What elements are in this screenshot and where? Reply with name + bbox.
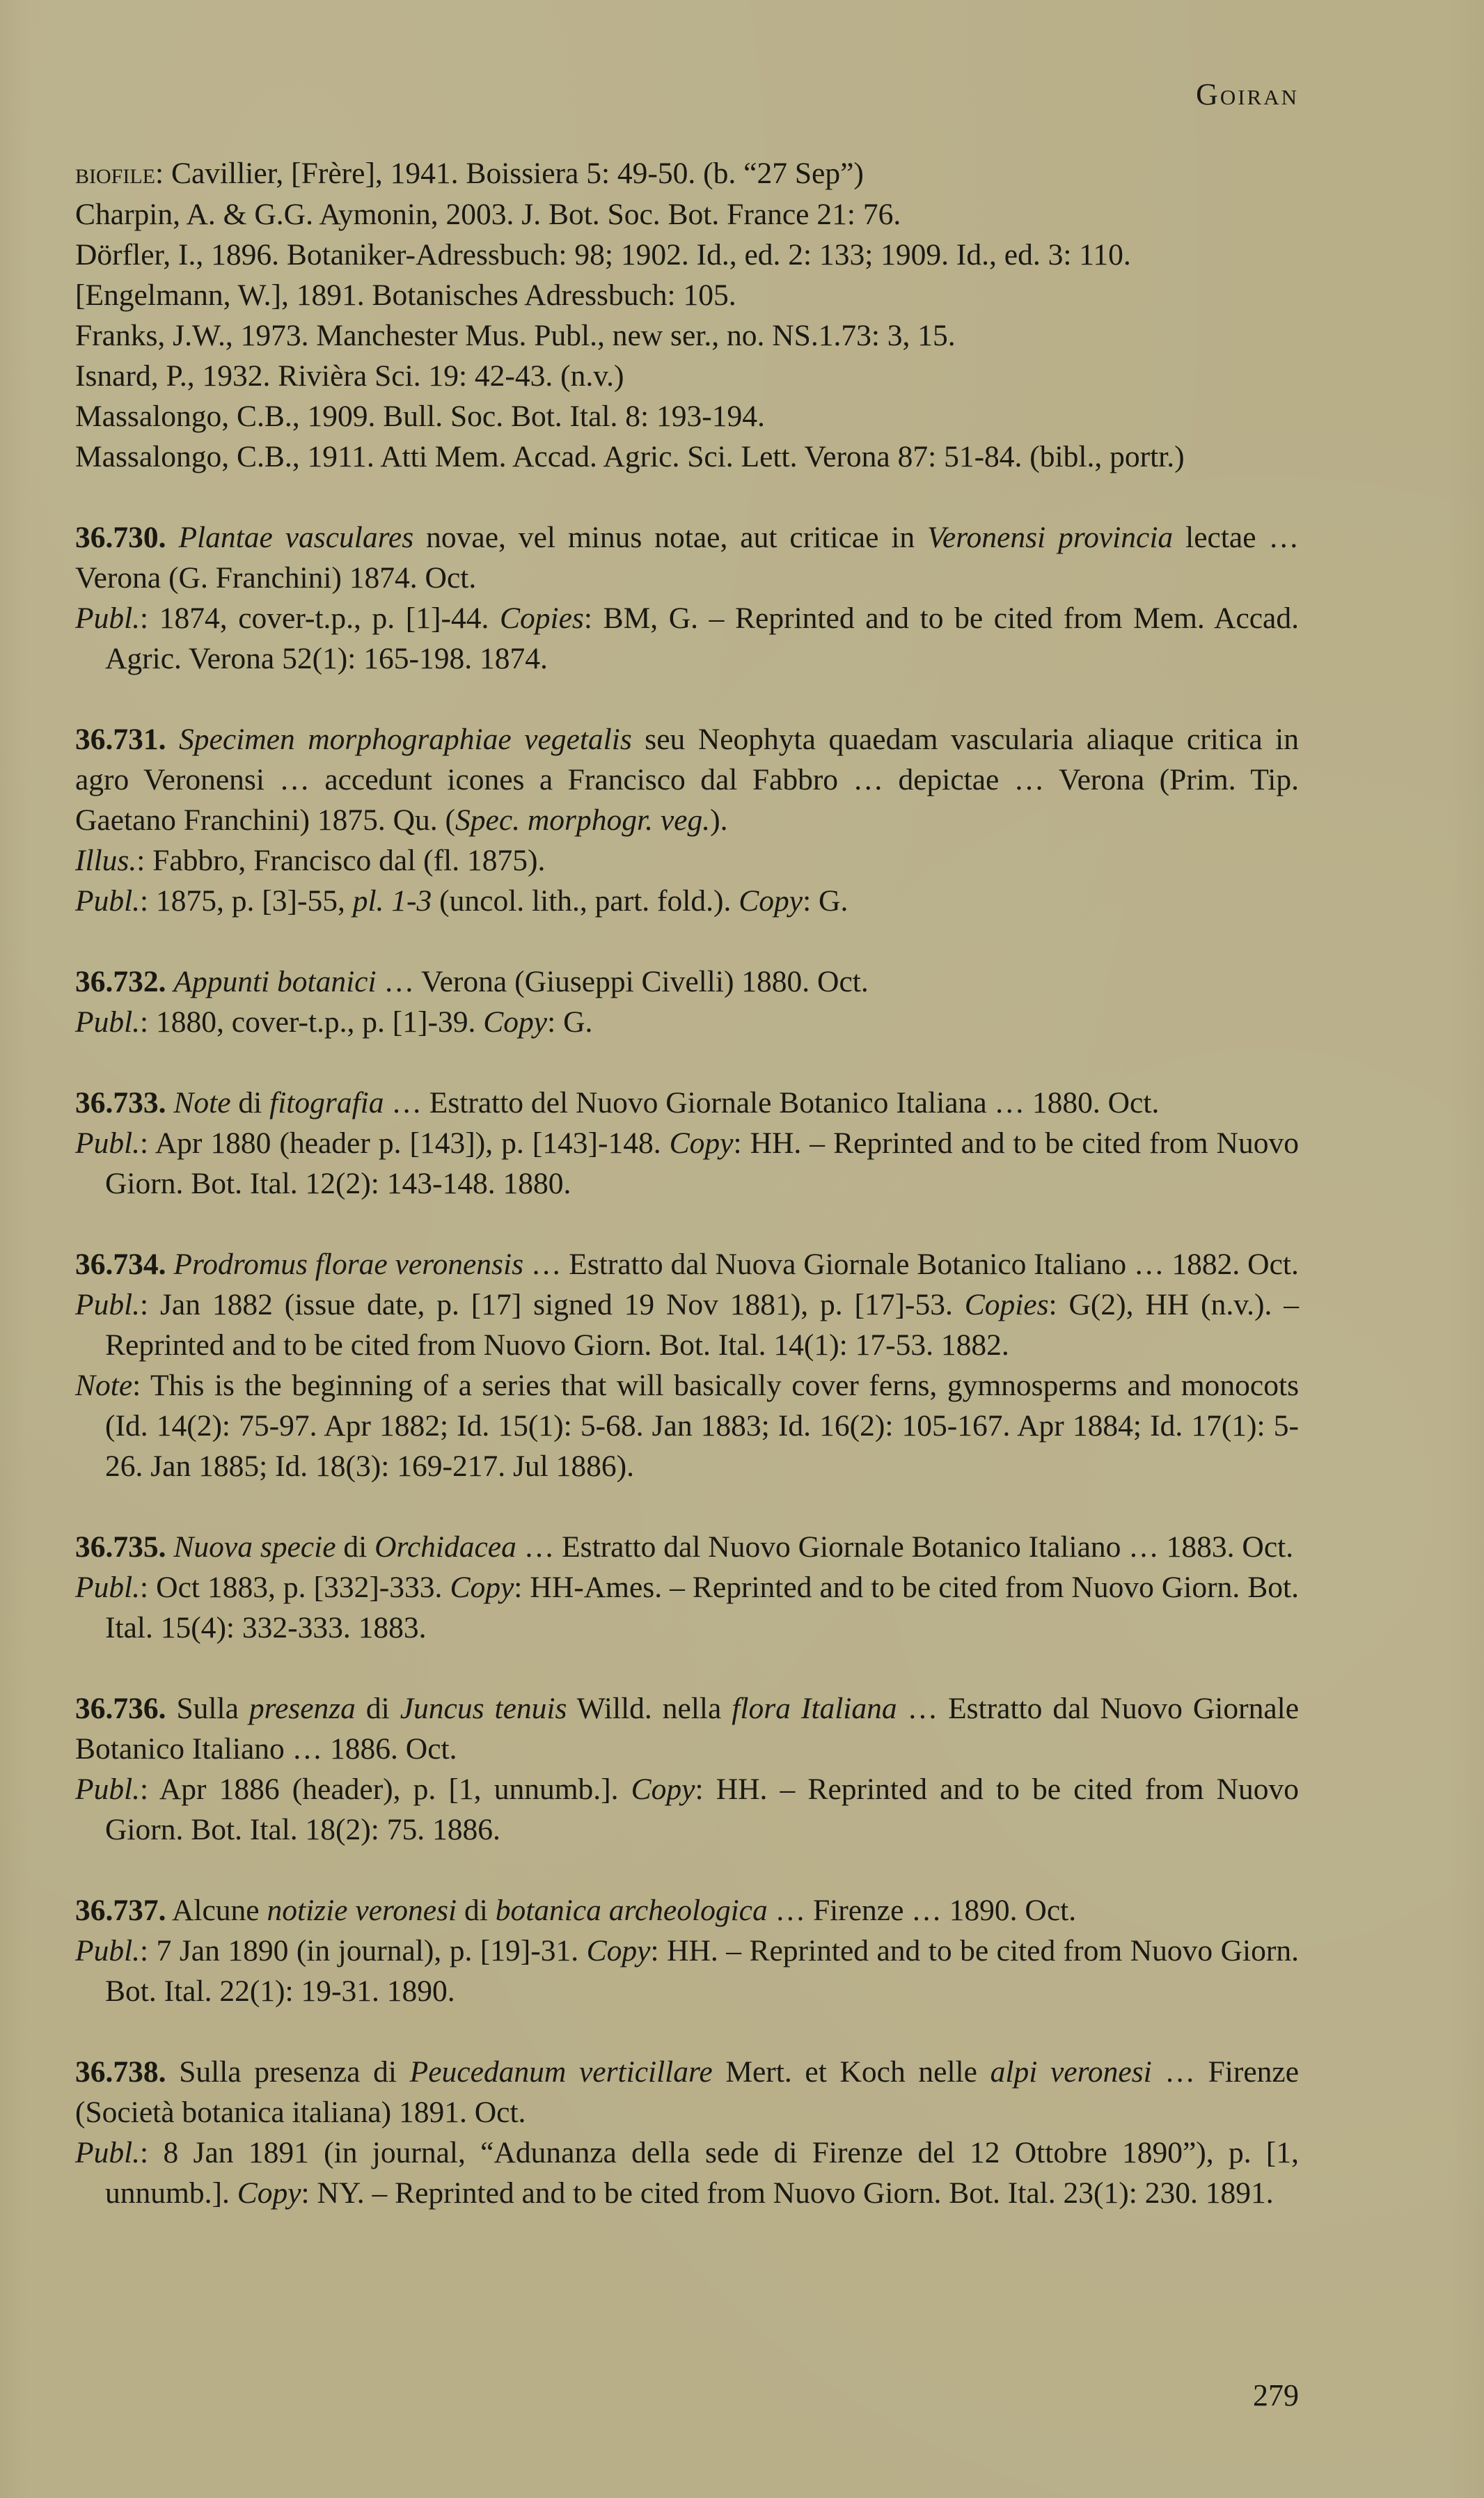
bibliography-entry: 36.737. Alcune notizie veronesi di botan… (75, 1890, 1299, 2011)
entry-publication: Publ.: 1875, p. [3]-55, pl. 1-3 (uncol. … (75, 881, 1299, 921)
publ-label: Publ. (75, 1126, 140, 1160)
title-text: di (336, 1530, 375, 1564)
title-text: novae, vel minus notae, aut criticae in (413, 521, 927, 554)
title-italic: Prodromus florae veronensis (173, 1248, 523, 1281)
title-italic: Plantae vasculares (178, 521, 413, 554)
entry-publication: Publ.: Jan 1882 (issue date, p. [17] sig… (75, 1285, 1299, 1365)
copy-text: : G. (803, 884, 848, 918)
entry-title: 36.732. Appunti botanici … Verona (Giuse… (75, 961, 1299, 1002)
publ-text: : 1874, cover-t.p., p. [1]-44. (140, 602, 500, 635)
title-italic: alpi veronesi (990, 2055, 1152, 2089)
running-head: Goiran (1196, 77, 1299, 112)
copy-label: Copy (450, 1571, 514, 1604)
title-text: Sulla (176, 1692, 248, 1725)
title-italic: Appunti botanici (173, 965, 376, 998)
title-text: Willd. nella (567, 1692, 732, 1725)
entry-number: 36.731. (75, 723, 166, 756)
entry-title: 36.730. Plantae vasculares novae, vel mi… (75, 517, 1299, 598)
entry-illustrator: Illus.: Fabbro, Francisco dal (fl. 1875)… (75, 840, 1299, 881)
title-italic: fitografia (269, 1086, 384, 1120)
title-text: Mert. et Koch nelle (713, 2055, 990, 2089)
copy-label: Copies (500, 602, 584, 635)
illus-text: : Fabbro, Francisco dal (fl. 1875). (136, 844, 545, 877)
copy-text: : G. (547, 1005, 592, 1039)
publ-text: pl. 1-3 (353, 884, 432, 918)
publ-text: : 7 Jan 1890 (in journal), p. [19]-31. (140, 1934, 587, 1967)
publ-text: : Jan 1882 (issue date, p. [17] signed 1… (140, 1288, 965, 1321)
title-text: … Estratto del Nuovo Giornale Botanico I… (384, 1086, 1160, 1120)
entry-title: 36.733. Note di fitografia … Estratto de… (75, 1083, 1299, 1123)
title-italic: flora Italiana (732, 1692, 897, 1725)
entry-note: Note: This is the beginning of a series … (75, 1365, 1299, 1486)
entry-number: 36.738. (75, 2055, 166, 2089)
publ-label: Publ. (75, 1288, 140, 1321)
bibliography-entry: 36.736. Sulla presenza di Juncus tenuis … (75, 1688, 1299, 1850)
biofile-label: biofile (75, 157, 155, 190)
title-italic: Peucedanum verticillare (410, 2055, 713, 2089)
title-italic: Nuova specie (173, 1530, 336, 1564)
copy-text: : NY. – Reprinted and to be cited from N… (301, 2176, 1274, 2210)
title-italic: Veronensi provincia (927, 521, 1173, 554)
entry-number: 36.734. (75, 1248, 166, 1281)
publ-label: Publ. (75, 1934, 140, 1967)
bibliography-entry: 36.738. Sulla presenza di Peucedanum ver… (75, 2052, 1299, 2213)
biofile-line: Massalongo, C.B., 1909. Bull. Soc. Bot. … (75, 396, 1299, 437)
title-italic: notizie veronesi (267, 1894, 457, 1927)
text-block: biofile: Cavillier, [Frère], 1941. Boiss… (75, 153, 1299, 2213)
copy-label: Copy (483, 1005, 547, 1039)
title-text: di (231, 1086, 270, 1120)
title-italic: Note (173, 1086, 230, 1120)
biofile-line: Massalongo, C.B., 1911. Atti Mem. Accad.… (75, 437, 1299, 477)
entry-publication: Publ.: Apr 1880 (header p. [143]), p. [1… (75, 1123, 1299, 1204)
publ-label: Publ. (75, 2136, 140, 2169)
entry-publication: Publ.: Apr 1886 (header), p. [1, unnumb.… (75, 1769, 1299, 1850)
publ-label: Publ. (75, 602, 140, 635)
entry-title: 36.735. Nuova specie di Orchidacea … Est… (75, 1527, 1299, 1567)
note-label: Note (75, 1369, 132, 1402)
copy-label: Copy (670, 1126, 734, 1160)
biofile-line: biofile: Cavillier, [Frère], 1941. Boiss… (75, 153, 1299, 194)
title-text: … Firenze … 1890. Oct. (768, 1894, 1076, 1927)
entry-title: 36.736. Sulla presenza di Juncus tenuis … (75, 1688, 1299, 1769)
entries-list: 36.730. Plantae vasculares novae, vel mi… (75, 517, 1299, 2213)
entry-publication: Publ.: 7 Jan 1890 (in journal), p. [19]-… (75, 1931, 1299, 2011)
title-italic: botanica archeologica (496, 1894, 768, 1927)
entry-number: 36.736. (75, 1692, 166, 1725)
copy-label: Copy (739, 884, 803, 918)
title-text: di (457, 1894, 496, 1927)
title-italic: presenza (249, 1692, 356, 1725)
publ-label: Publ. (75, 1005, 140, 1039)
title-text: … Verona (Giuseppi Civelli) 1880. Oct. (377, 965, 869, 998)
title-text: … Estratto dal Nuova Giornale Botanico I… (523, 1248, 1299, 1281)
title-text: ). (710, 803, 727, 837)
publ-text: : Apr 1880 (header p. [143]), p. [143]-1… (140, 1126, 670, 1160)
title-text: di (356, 1692, 400, 1725)
entry-number: 36.733. (75, 1086, 166, 1120)
biofile-section: biofile: Cavillier, [Frère], 1941. Boiss… (75, 153, 1299, 477)
publ-label: Publ. (75, 884, 140, 918)
entry-number: 36.735. (75, 1530, 166, 1564)
title-text: Sulla presenza di (179, 2055, 409, 2089)
copy-label: Copy (631, 1773, 695, 1806)
bibliography-entry: 36.733. Note di fitografia … Estratto de… (75, 1083, 1299, 1204)
bibliography-entry: 36.730. Plantae vasculares novae, vel mi… (75, 517, 1299, 679)
publ-text: : Apr 1886 (header), p. [1, unnumb.]. (140, 1773, 631, 1806)
entry-number: 36.730. (75, 521, 166, 554)
bibliography-entry: 36.735. Nuova specie di Orchidacea … Est… (75, 1527, 1299, 1648)
biofile-line: Isnard, P., 1932. Rivièra Sci. 19: 42-43… (75, 356, 1299, 396)
title-italic: Juncus tenuis (400, 1692, 567, 1725)
illus-label: Illus. (75, 844, 136, 877)
entry-title: 36.731. Specimen morphographiae vegetali… (75, 719, 1299, 840)
entry-number: 36.737. (75, 1894, 166, 1927)
publ-label: Publ. (75, 1571, 140, 1604)
publ-label: Publ. (75, 1773, 140, 1806)
entry-title: 36.737. Alcune notizie veronesi di botan… (75, 1890, 1299, 1931)
entry-publication: Publ.: 1874, cover-t.p., p. [1]-44. Copi… (75, 598, 1299, 679)
publ-text: : Oct 1883, p. [332]-333. (140, 1571, 450, 1604)
publ-text: (uncol. lith., part. fold.). (432, 884, 739, 918)
entry-number: 36.732. (75, 965, 166, 998)
bibliography-entry: 36.731. Specimen morphographiae vegetali… (75, 719, 1299, 921)
publ-text: : 1880, cover-t.p., p. [1]-39. (140, 1005, 483, 1039)
title-italic: Spec. morphogr. veg. (455, 803, 710, 837)
entry-publication: Publ.: Oct 1883, p. [332]-333. Copy: HH-… (75, 1567, 1299, 1648)
entry-publication: Publ.: 8 Jan 1891 (in journal, “Adunanza… (75, 2132, 1299, 2213)
entry-title: 36.738. Sulla presenza di Peucedanum ver… (75, 2052, 1299, 2132)
copy-label: Copy (587, 1934, 651, 1967)
biofile-line: Franks, J.W., 1973. Manchester Mus. Publ… (75, 315, 1299, 356)
note-text: : This is the beginning of a series that… (105, 1369, 1299, 1483)
biofile-line: [Engelmann, W.], 1891. Botanisches Adres… (75, 275, 1299, 315)
biofile-line: Charpin, A. & G.G. Aymonin, 2003. J. Bot… (75, 194, 1299, 235)
entry-title: 36.734. Prodromus florae veronensis … Es… (75, 1244, 1299, 1285)
biofile-ref: Cavillier, [Frère], 1941. Boissiera 5: 4… (171, 157, 864, 190)
bibliography-entry: 36.732. Appunti botanici … Verona (Giuse… (75, 961, 1299, 1042)
publ-text: : 1875, p. [3]-55, (140, 884, 353, 918)
page-number: 279 (1253, 2378, 1299, 2413)
title-italic: Specimen morphographiae vegetalis (179, 723, 632, 756)
entry-publication: Publ.: 1880, cover-t.p., p. [1]-39. Copy… (75, 1002, 1299, 1042)
bibliography-entry: 36.734. Prodromus florae veronensis … Es… (75, 1244, 1299, 1486)
biofile-line: Dörfler, I., 1896. Botaniker-Adressbuch:… (75, 235, 1299, 275)
title-text: … Estratto dal Nuovo Giornale Botanico I… (516, 1530, 1293, 1564)
title-italic: Orchidacea (374, 1530, 516, 1564)
title-text: Alcune (172, 1894, 267, 1927)
copy-label: Copies (965, 1288, 1049, 1321)
copy-label: Copy (237, 2176, 301, 2210)
